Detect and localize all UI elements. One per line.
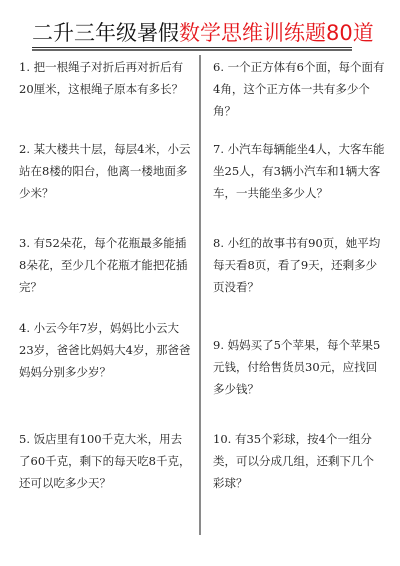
question-6: 6. 一个正方体有6个面，每个面有4角，这个正方体一共有多少个角？ <box>213 56 385 122</box>
page-title: 二升三年级暑假数学思维训练题80道 <box>32 18 374 48</box>
title-underline-thick <box>32 49 352 51</box>
question-8: 8. 小红的故事书有90页，她平均每天看8页，看了9天，还剩多少页没看？ <box>213 232 385 298</box>
title-grade-part: 二升三年级暑假 <box>32 21 179 45</box>
question-10: 10. 有35个彩球，按4个一组分类，可以分成几组，还剩下几个彩球？ <box>213 428 385 494</box>
title-topic-part: 数学思维训练题80道 <box>179 21 374 45</box>
question-1: 1. 把一根绳子对折后再对折后有20厘米，这根绳子原本有多长？ <box>19 56 191 100</box>
question-5: 5. 饭店里有100千克大米，用去了60千克，剩下的每天吃8千克，还可以吃多少天… <box>19 428 191 494</box>
question-3: 3. 有52朵花，每个花瓶最多能插8朵花，至少几个花瓶才能把花插完？ <box>19 232 191 298</box>
column-divider <box>199 55 201 535</box>
worksheet-title: 二升三年级暑假数学思维训练题80道 <box>32 18 352 48</box>
question-4: 4. 小云今年7岁，妈妈比小云大23岁，爸爸比妈妈大4岁，那爸爸妈妈分别多少岁？ <box>19 317 191 383</box>
question-9: 9. 妈妈买了5个苹果，每个苹果5元钱，付给售货员30元，应找回多少钱？ <box>213 334 385 400</box>
question-2: 2. 某大楼共十层，每层4米，小云站在8楼的阳台，他离一楼地面多少米？ <box>19 138 191 204</box>
title-underline <box>32 47 352 48</box>
question-7: 7. 小汽车每辆能坐4人，大客车能坐25人，有3辆小汽车和1辆大客车，一共能坐多… <box>213 138 385 204</box>
